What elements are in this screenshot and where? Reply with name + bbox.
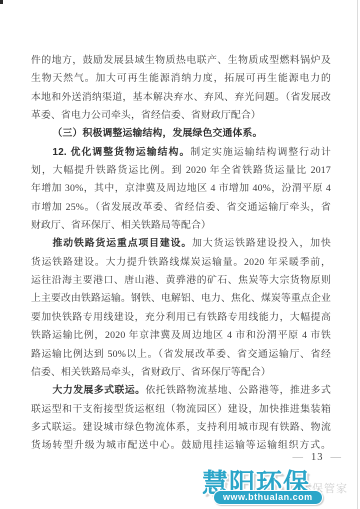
text-segment: 要加快铁路专用线建设，充分利用已有铁路专用线能力，大幅提高	[31, 312, 331, 323]
text-line: 要加快铁路专用线建设，充分利用已有铁路专用线能力，大幅提高	[31, 309, 331, 327]
text-segment: 市增加 25%。（省发展改革委、省经信委、省交通运输厅牵头，省	[31, 202, 331, 213]
document-body: 件的地方，鼓励发展县域生物质热电联产、生物质成型燃料锅炉及生物天然气。加大可再生…	[31, 52, 331, 456]
text-line: 12. 优化调整货物运输结构。制定实施运输结构调整行动计	[31, 144, 331, 162]
page-number: — 13 —	[293, 452, 343, 463]
text-line: 革委、省电力公司牵头，省经信委、省财政厅配合）	[31, 107, 331, 125]
text-segment-bold: 大力发展多式联运。	[53, 385, 146, 396]
text-segment: 货运铁路建设。大力提升铁路线煤炭运输量。2020 年采暖季前，	[31, 257, 331, 268]
page-number-value: 13	[311, 452, 324, 463]
text-line: 货场转型升级为城市配送中心。鼓励甩挂运输等运输组织方式。	[31, 437, 331, 455]
text-segment: 生物天然气。加大可再生能源消纳力度，拓展可再生能源电力的	[31, 73, 331, 84]
text-segment: 制定实施运输结构调整行动计	[190, 147, 331, 158]
text-segment: 革委、省电力公司牵头，省经信委、省财政厅配合）	[31, 110, 261, 121]
page-number-dash-left: —	[293, 452, 305, 463]
text-segment: 信委、相关铁路局牵头，省财政厅、省环保厅等配合）	[31, 367, 271, 378]
text-line: 推动铁路货运重点项目建设。加大货运铁路建设投入，加快	[31, 235, 331, 253]
text-segment: 加大货运铁路建设投入，加快	[192, 238, 331, 249]
text-line: （三）积极调整运输结构，发展绿色交通体系。	[31, 125, 331, 143]
text-segment: 财政厅、省环保厅、相关铁路局等配合）	[31, 220, 211, 231]
text-line: 财政厅、省环保厅、相关铁路局等配合）	[31, 217, 331, 235]
text-line: 上主要改由铁路运输。钢铁、电解铝、电力、焦化、煤炭等重点企业	[31, 290, 331, 308]
text-line: 本地和外送消纳渠道，基本解决弃水、弃风、弃光问题。（省发展改	[31, 89, 331, 107]
text-segment: 铁路运输比例，2020 年京津冀及周边地区 4 市和汾渭平原 4 市铁	[31, 330, 331, 341]
text-line: 生物天然气。加大可再生能源消纳力度，拓展可再生能源电力的	[31, 70, 331, 88]
text-segment: 件的地方，鼓励发展县域生物质热电联产、生物质成型燃料锅炉及	[31, 55, 331, 66]
text-segment: 依托铁路物流基地、公路港等，推进多式	[145, 385, 331, 396]
text-line: 货运铁路建设。大力提升铁路线煤炭运输量。2020 年采暖季前，	[31, 254, 331, 272]
scanned-document-page: { "page": { "number": "13", "dash": "—" …	[0, 0, 360, 509]
text-line: 年增加 30%，其中，京津冀及周边地区 4 市增加 40%，汾渭平原 4	[31, 180, 331, 198]
page-number-dash-right: —	[331, 452, 343, 463]
text-line: 大力发展多式联运。依托铁路物流基地、公路港等，推进多式	[31, 382, 331, 400]
text-segment: 货场转型升级为城市配送中心。鼓励甩挂运输等运输组织方式。	[31, 440, 331, 451]
text-segment: 上主要改由铁路运输。钢铁、电解铝、电力、焦化、煤炭等重点企业	[31, 293, 331, 304]
text-segment-bold: 推动铁路货运重点项目建设。	[53, 238, 193, 249]
text-segment-bold: （三）积极调整运输结构，发展绿色交通体系。	[53, 128, 263, 139]
watermark-url-banner: www.bthualan.com	[213, 490, 323, 505]
text-segment: 多式联运。建设城市绿色物流体系，支持利用城市现有铁路、物流	[31, 422, 331, 433]
text-segment: 年增加 30%，其中，京津冀及周边地区 4 市增加 40%，汾渭平原 4	[31, 183, 331, 194]
text-line: 市增加 25%。（省发展改革委、省经信委、省交通运输厅牵头，省	[31, 199, 331, 217]
text-segment: 划，大幅提升铁路货运比例。到 2020 年全省铁路货运量比 2017	[31, 165, 331, 176]
text-segment: 运往沿海主要港口、唐山港、黄骅港的矿石、焦炭等大宗货物原则	[31, 275, 331, 286]
text-line: 联运型和干支衔接型货运枢纽（物流园区）建设，加快推进集装箱	[31, 401, 331, 419]
text-segment: 路运输比例达到 50%以上。（省发展改革委、省交通运输厅、省经	[31, 349, 331, 360]
text-line: 铁路运输比例，2020 年京津冀及周边地区 4 市和汾渭平原 4 市铁	[31, 327, 331, 345]
text-segment: 联运型和干支衔接型货运枢纽（物流园区）建设，加快推进集装箱	[31, 404, 331, 415]
scan-edge-line	[357, 0, 358, 509]
text-line: 运往沿海主要港口、唐山港、黄骅港的矿石、焦炭等大宗货物原则	[31, 272, 331, 290]
text-line: 划，大幅提升铁路货运比例。到 2020 年全省铁路货运量比 2017	[31, 162, 331, 180]
text-segment: 本地和外送消纳渠道，基本解决弃水、弃风、弃光问题。（省发展改	[31, 92, 331, 103]
text-segment-bold: 12. 优化调整货物运输结构。	[53, 147, 191, 158]
text-line: 件的地方，鼓励发展县域生物质热电联产、生物质成型燃料锅炉及	[31, 52, 331, 70]
text-line: 信委、相关铁路局牵头，省财政厅、省环保厅等配合）	[31, 364, 331, 382]
text-line: 多式联运。建设城市绿色物流体系，支持利用城市现有铁路、物流	[31, 419, 331, 437]
scan-artifact-dot	[0, 0, 3, 4]
text-line: 路运输比例达到 50%以上。（省发展改革委、省交通运输厅、省经	[31, 346, 331, 364]
